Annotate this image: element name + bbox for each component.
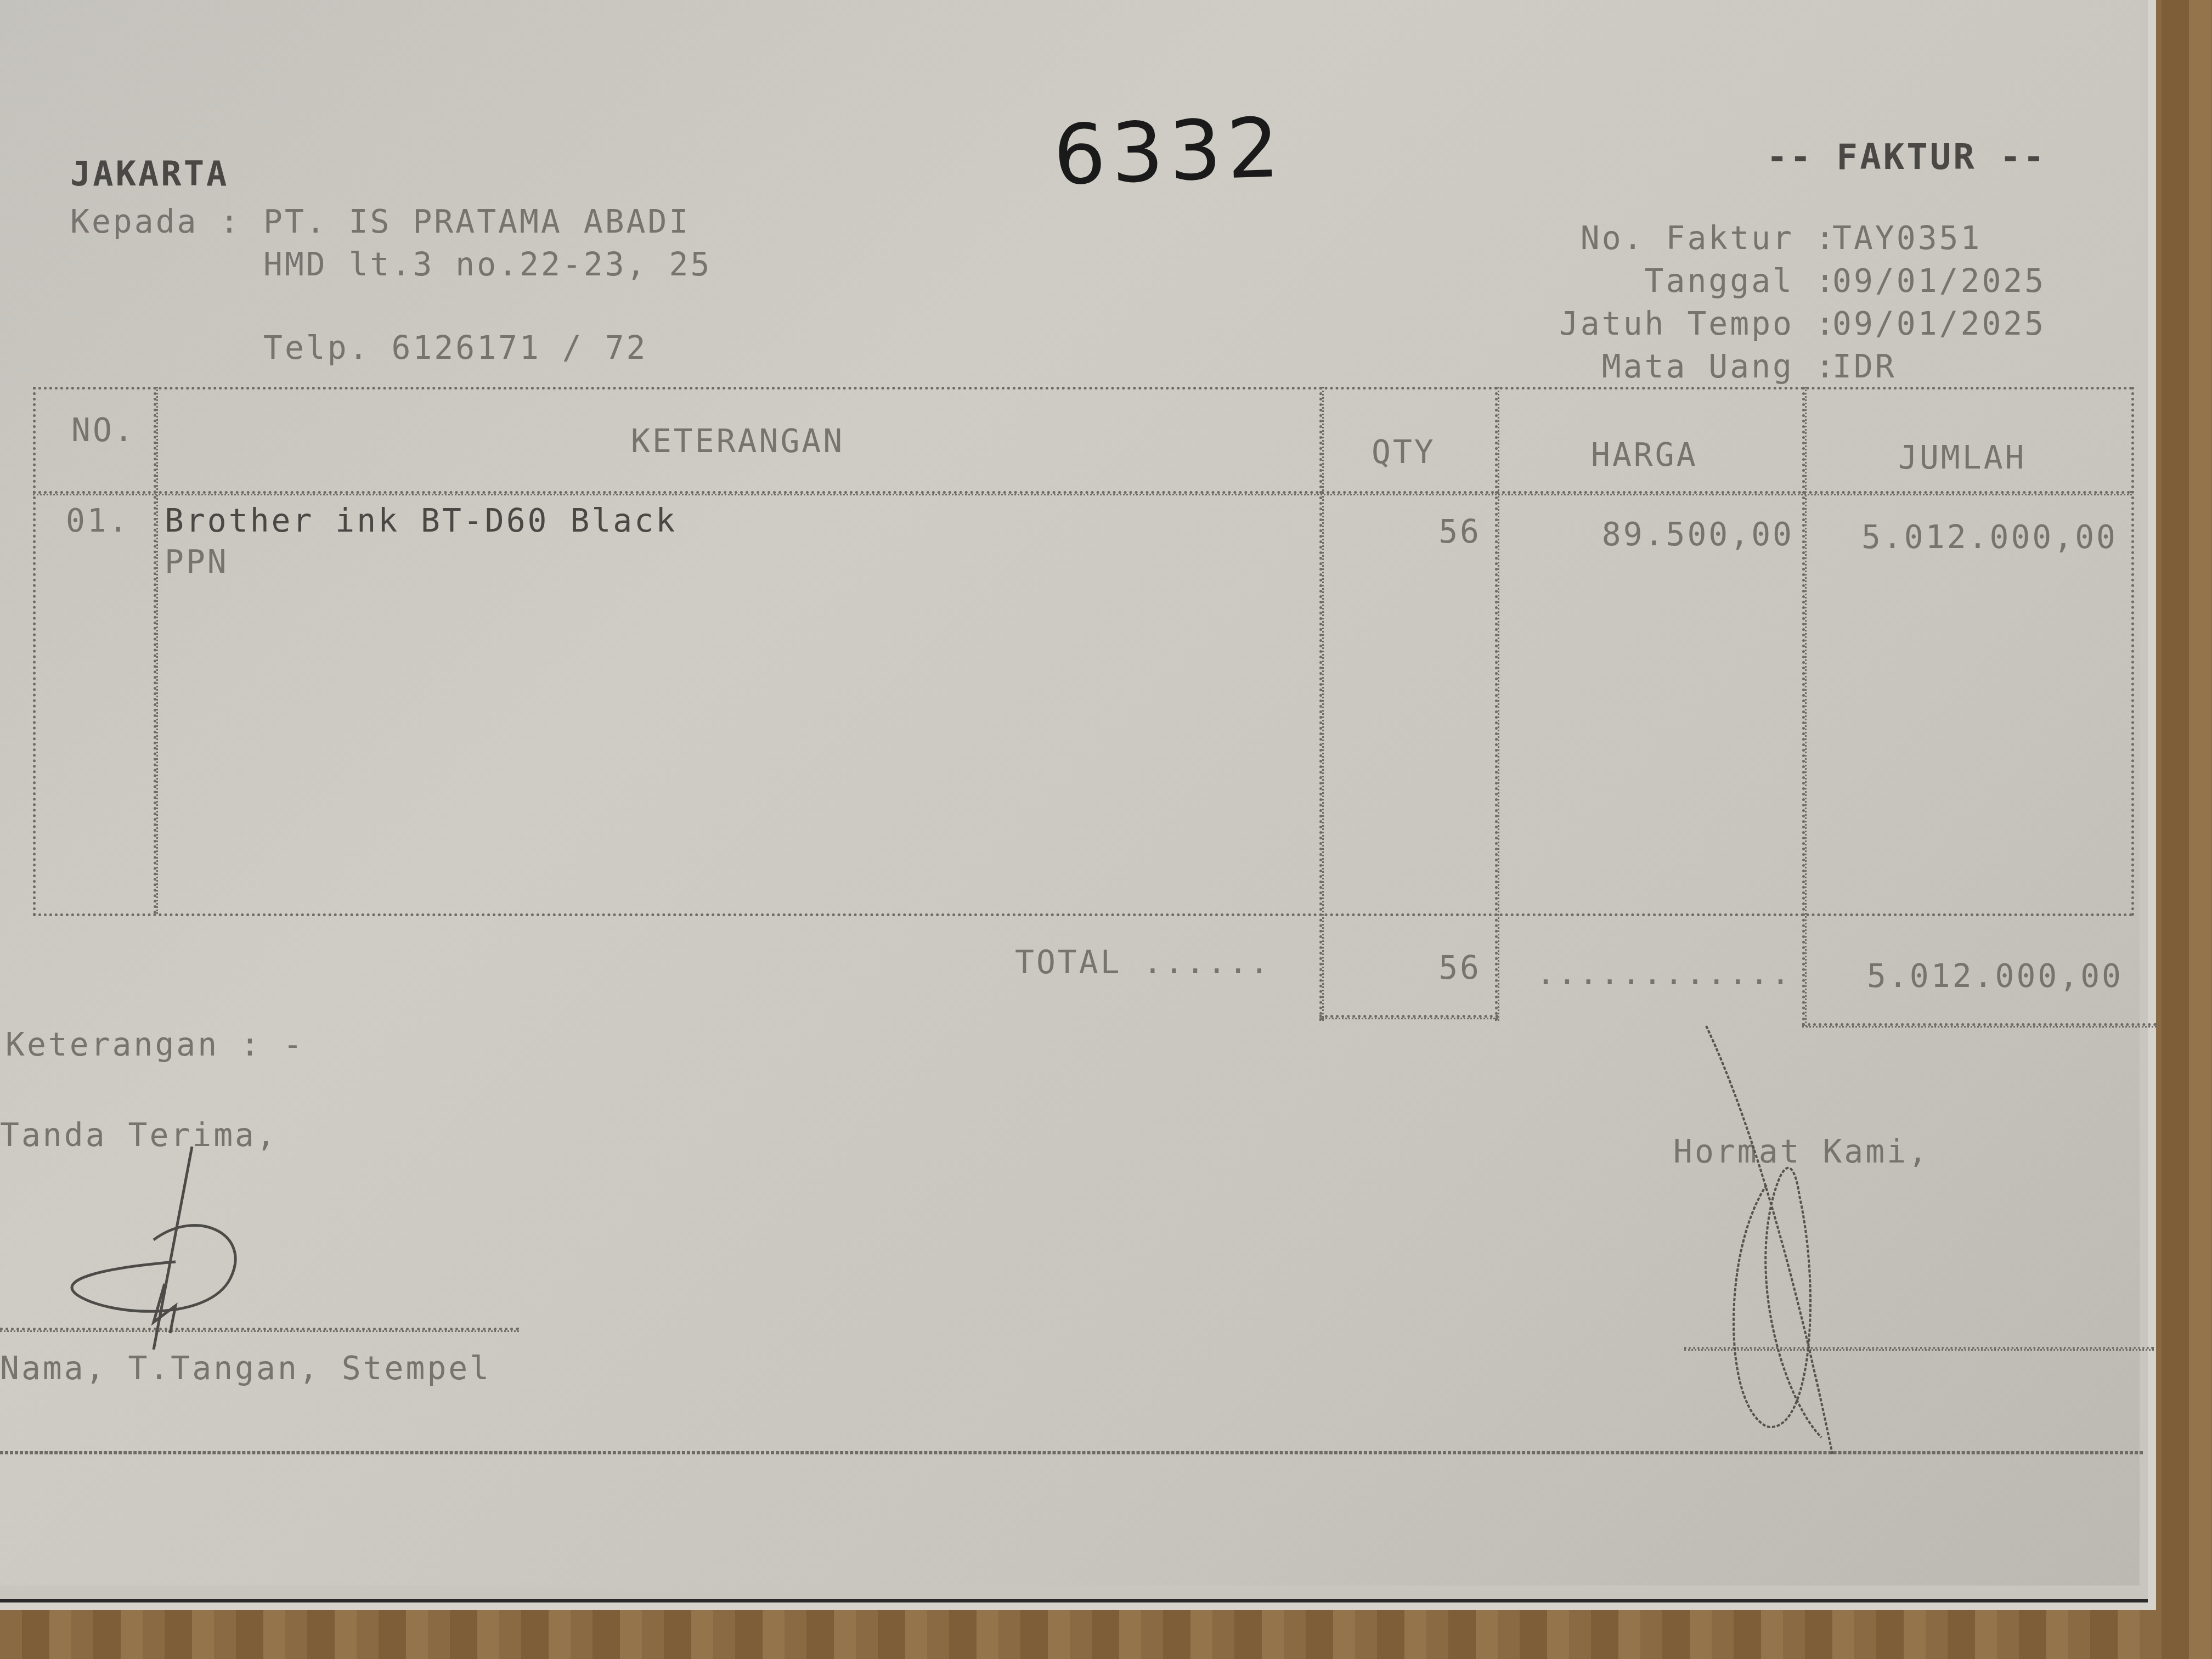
row-harga: 89.500,00 bbox=[1498, 516, 1794, 553]
table-header-divider bbox=[33, 491, 2132, 495]
jatuh-tempo-label: Jatuh Tempo bbox=[1525, 305, 1794, 342]
total-qty: 56 bbox=[1322, 949, 1481, 986]
row-keterangan: PPN bbox=[165, 543, 229, 580]
row-qty: 56 bbox=[1322, 513, 1481, 550]
invoice-document: 6332 JAKARTA Kepada : PT. IS PRATAMA ABA… bbox=[0, 0, 2140, 1585]
jatuh-tempo-value: 09/01/2025 bbox=[1832, 305, 2046, 342]
row-keterangan: Brother ink BT-D60 Black bbox=[165, 502, 677, 539]
no-faktur-label: No. Faktur bbox=[1547, 219, 1794, 257]
recipient-name: PT. IS PRATAMA ABADI bbox=[263, 203, 690, 240]
total-qty-box-bottom bbox=[1319, 1015, 1498, 1019]
row-jumlah: 5.012.000,00 bbox=[1805, 518, 2118, 556]
no-faktur-value: TAY0351 bbox=[1832, 219, 1982, 257]
document-title: -- FAKTUR -- bbox=[1767, 137, 2046, 178]
signature-caption: Nama, T.Tangan, Stempel bbox=[0, 1350, 491, 1387]
signature-right-icon bbox=[1690, 1020, 1909, 1459]
total-jumlah: 5.012.000,00 bbox=[1805, 957, 2123, 995]
tanggal-value: 09/01/2025 bbox=[1832, 262, 2046, 300]
header-no: NO. bbox=[71, 411, 136, 449]
city-label: JAKARTA bbox=[70, 154, 229, 194]
recipient-address: HMD lt.3 no.22-23, 25 bbox=[263, 246, 712, 283]
items-table bbox=[33, 387, 2134, 916]
col-divider-harga bbox=[1495, 387, 1499, 1021]
header-qty: QTY bbox=[1372, 433, 1436, 471]
col-divider-no bbox=[154, 387, 158, 914]
handwritten-number: 6332 bbox=[1052, 100, 1286, 204]
row-no: 01. bbox=[66, 502, 130, 539]
recipient-label: Kepada : bbox=[70, 203, 262, 240]
header-keterangan: KETERANGAN bbox=[631, 422, 844, 460]
signature-left-icon bbox=[33, 1141, 263, 1350]
total-label: TOTAL ...... bbox=[1015, 944, 1271, 981]
recipient-phone: Telp. 6126171 / 72 bbox=[263, 329, 648, 366]
mata-uang-value: IDR bbox=[1832, 348, 1897, 385]
col-divider-jumlah bbox=[1802, 387, 1807, 1026]
mata-uang-label: Mata Uang bbox=[1547, 348, 1794, 385]
keterangan-note: Keterangan : - bbox=[5, 1026, 304, 1063]
tanggal-label: Tanggal bbox=[1547, 262, 1794, 300]
header-jumlah: JUMLAH bbox=[1898, 439, 2027, 476]
col-divider-qty bbox=[1319, 387, 1324, 1021]
total-dots: ............ bbox=[1536, 955, 1792, 992]
recipient-label-text: Kepada bbox=[70, 203, 199, 240]
header-harga: HARGA bbox=[1591, 436, 1698, 473]
